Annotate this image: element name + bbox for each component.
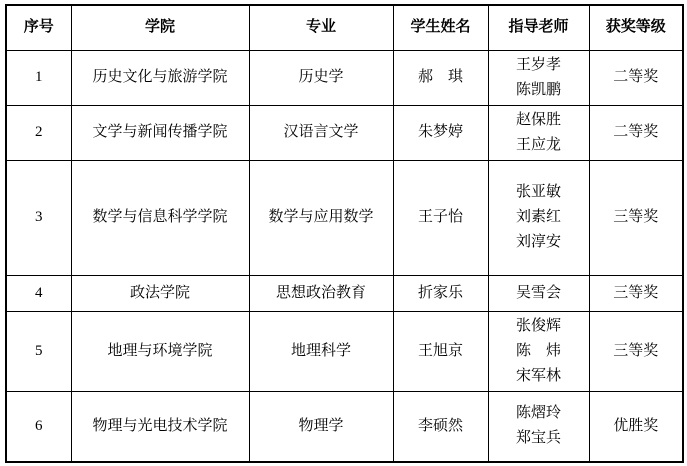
header-major: 专业 (249, 5, 393, 50)
header-teacher: 指导老师 (488, 5, 589, 50)
cell-teachers: 张俊辉 陈 炜 宋军林 (488, 311, 589, 391)
header-college: 学院 (71, 5, 249, 50)
header-student: 学生姓名 (393, 5, 488, 50)
cell-teachers: 吴雪会 (488, 275, 589, 311)
cell-no: 6 (6, 391, 71, 462)
cell-teachers: 赵保胜 王应龙 (488, 105, 589, 160)
cell-no: 4 (6, 275, 71, 311)
teacher-name: 郑宝兵 (492, 426, 586, 451)
teacher-name: 吴雪会 (492, 281, 586, 306)
award-table: 序号 学院 专业 学生姓名 指导老师 获奖等级 1 历史文化与旅游学院 历史学 … (5, 4, 684, 463)
cell-major: 数学与应用数学 (249, 160, 393, 275)
cell-student: 王旭京 (393, 311, 488, 391)
cell-student: 李硕然 (393, 391, 488, 462)
table-row: 2 文学与新闻传播学院 汉语言文学 朱梦婷 赵保胜 王应龙 二等奖 (6, 105, 683, 160)
cell-major: 物理学 (249, 391, 393, 462)
header-award: 获奖等级 (589, 5, 683, 50)
cell-college: 物理与光电技术学院 (71, 391, 249, 462)
cell-award: 二等奖 (589, 50, 683, 105)
header-row: 序号 学院 专业 学生姓名 指导老师 获奖等级 (6, 5, 683, 50)
cell-student: 王子怡 (393, 160, 488, 275)
cell-college: 政法学院 (71, 275, 249, 311)
teacher-name: 陈凯鹏 (492, 78, 586, 103)
cell-award: 三等奖 (589, 275, 683, 311)
cell-college: 数学与信息科学学院 (71, 160, 249, 275)
table-row: 4 政法学院 思想政治教育 折家乐 吴雪会 三等奖 (6, 275, 683, 311)
cell-no: 1 (6, 50, 71, 105)
cell-college: 地理与环境学院 (71, 311, 249, 391)
cell-award: 三等奖 (589, 311, 683, 391)
cell-major: 地理科学 (249, 311, 393, 391)
cell-student: 郝 琪 (393, 50, 488, 105)
cell-no: 2 (6, 105, 71, 160)
table-row: 6 物理与光电技术学院 物理学 李硕然 陈熠玲 郑宝兵 优胜奖 (6, 391, 683, 462)
table-row: 1 历史文化与旅游学院 历史学 郝 琪 王岁孝 陈凯鹏 二等奖 (6, 50, 683, 105)
cell-student: 朱梦婷 (393, 105, 488, 160)
cell-college: 历史文化与旅游学院 (71, 50, 249, 105)
cell-major: 历史学 (249, 50, 393, 105)
cell-student: 折家乐 (393, 275, 488, 311)
cell-award: 优胜奖 (589, 391, 683, 462)
teacher-name: 王应龙 (492, 133, 586, 158)
teacher-name: 陈熠玲 (492, 401, 586, 426)
table-row: 3 数学与信息科学学院 数学与应用数学 王子怡 张亚敏 刘素红 刘淳安 三等奖 (6, 160, 683, 275)
table-row: 5 地理与环境学院 地理科学 王旭京 张俊辉 陈 炜 宋军林 三等奖 (6, 311, 683, 391)
teacher-name: 赵保胜 (492, 108, 586, 133)
teacher-name: 张亚敏 (492, 180, 586, 205)
teacher-name: 王岁孝 (492, 53, 586, 78)
cell-teachers: 张亚敏 刘素红 刘淳安 (488, 160, 589, 275)
cell-award: 三等奖 (589, 160, 683, 275)
cell-award: 二等奖 (589, 105, 683, 160)
cell-teachers: 王岁孝 陈凯鹏 (488, 50, 589, 105)
header-no: 序号 (6, 5, 71, 50)
teacher-name: 宋军林 (492, 364, 586, 389)
teacher-name: 张俊辉 (492, 314, 586, 339)
cell-no: 3 (6, 160, 71, 275)
cell-major: 汉语言文学 (249, 105, 393, 160)
teacher-name: 刘素红 (492, 205, 586, 230)
cell-teachers: 陈熠玲 郑宝兵 (488, 391, 589, 462)
cell-no: 5 (6, 311, 71, 391)
cell-college: 文学与新闻传播学院 (71, 105, 249, 160)
teacher-name: 刘淳安 (492, 230, 586, 255)
cell-major: 思想政治教育 (249, 275, 393, 311)
teacher-name: 陈 炜 (492, 339, 586, 364)
